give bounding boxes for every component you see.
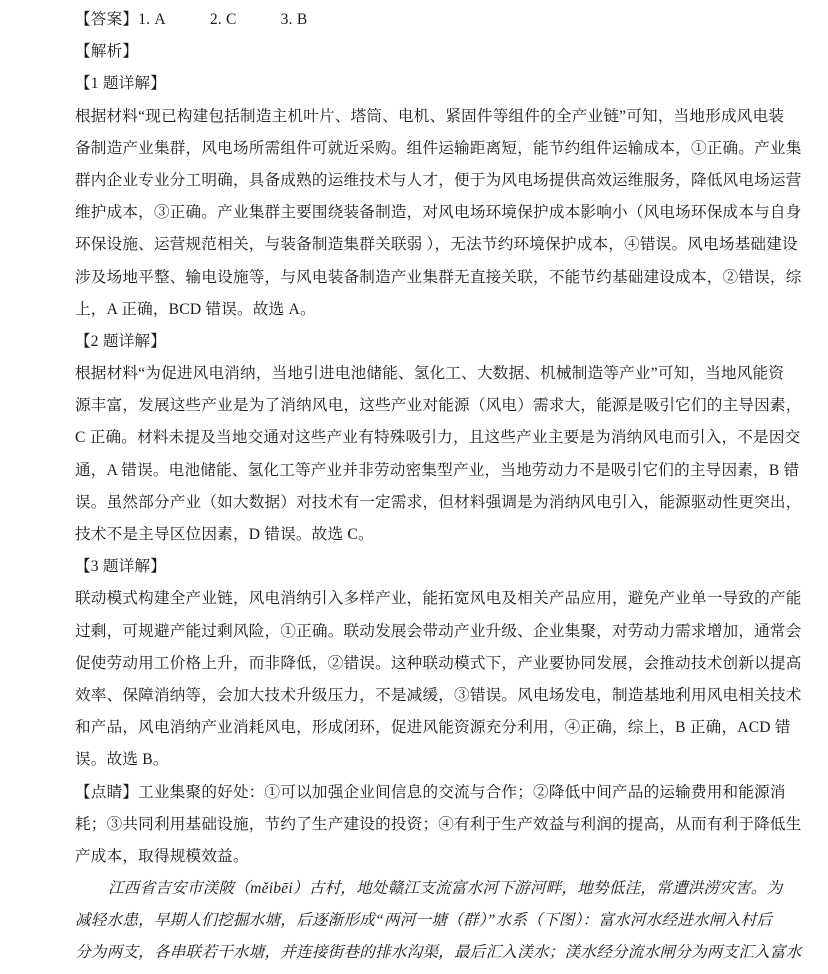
material-paragraph-line: 分为两支，各串联若干水塘，并连接街巷的排水沟渠，最后汇入渼水；渼水经分流水闸分为…: [75, 937, 812, 969]
section-heading: 【解析】: [75, 36, 812, 68]
answer-item-3: 3. B: [281, 11, 308, 28]
detail-1-paragraph-line: 维护成本，③正确。产业集群主要围绕装备制造，对风电场环境保护成本影响小（风电场环…: [75, 197, 812, 229]
tips-paragraph-line: 产成本，取得规模效益。: [75, 841, 812, 873]
material-paragraph-line: 减轻水患，早期人们挖掘水塘，后逐渐形成“两河一塘（群）”水系（下图）：富水河水经…: [75, 905, 812, 937]
document-body: 【答案】1. A2. C3. B 【解析】【1 题详解】根据材料“现已构建包括制…: [75, 4, 812, 970]
detail-3-paragraph-line: 和产品，风电消纳产业消耗风电，形成闭环，促进风能资源充分利用，④正确，综上，B …: [75, 712, 812, 744]
detail-2-paragraph-line: 误。虽然部分产业（如大数据）对技术有一定需求，但材料强调是为消纳风电引入，能源驱…: [75, 487, 812, 519]
detail-3-paragraph-line: 联动模式构建全产业链，风电消纳引入多样产业，能拓宽风电及相关产品应用，避免产业单…: [75, 583, 812, 615]
section-heading: 【2 题详解】: [75, 326, 812, 358]
detail-2-paragraph-line: 根据材料“为促进风电消纳，当地引进电池储能、氢化工、大数据、机械制造等产业”可知…: [75, 358, 812, 390]
tips-paragraph-line: 【点睛】工业集聚的好处：①可以加强企业间信息的交流与合作；②降低中间产品的运输费…: [75, 777, 812, 809]
detail-1-paragraph-line: 涉及场地平整、输电设施等，与风电装备制造产业集群无直接关联，不能节约基础建设成本…: [75, 262, 812, 294]
section-heading: 【3 题详解】: [75, 551, 812, 583]
detail-2-paragraph-line: C 正确。材料未提及当地交通对这些产业有特殊吸引力，且这些产业主要是为消纳风电而…: [75, 422, 812, 454]
tips-paragraph-line: 耗；③共同利用基础设施，节约了生产建设的投资；④有利于生产效益与利润的提高，从而…: [75, 809, 812, 841]
detail-3-paragraph-line: 过剩，可规避产能过剩风险，①正确。联动发展会带动产业升级、企业集聚，对劳动力需求…: [75, 616, 812, 648]
document-page: 【答案】1. A2. C3. B 【解析】【1 题详解】根据材料“现已构建包括制…: [0, 0, 828, 974]
detail-3-paragraph-line: 误。故选 B。: [75, 744, 812, 776]
answer-line: 【答案】1. A2. C3. B: [75, 4, 812, 36]
answer-label: 【答案】: [75, 11, 138, 28]
detail-3-paragraph-line: 效率、保障消纳等，会加大技术升级压力，不是减缓，③错误。风电场发电，制造基地利用…: [75, 680, 812, 712]
detail-1-paragraph-line: 备制造产业集群，风电场所需组件可就近采购。组件运输距离短，能节约组件运输成本，①…: [75, 133, 812, 165]
answer-item-2: 2. C: [210, 11, 237, 28]
detail-1-paragraph-line: 上，A 正确，BCD 错误。故选 A。: [75, 294, 812, 326]
material-paragraph-line: 江西省吉安市渼陂（měibēi）古村，地处赣江支流富水河下游河畔，地势低洼，常遭…: [75, 873, 812, 905]
detail-2-paragraph-line: 源丰富，发展这些产业是为了消纳风电，这些产业对能源（风电）需求大，能源是吸引它们…: [75, 390, 812, 422]
detail-3-paragraph-line: 促使劳动用工价格上升，而非降低，②错误。这种联动模式下，产业要协同发展，会推动技…: [75, 648, 812, 680]
detail-1-paragraph-line: 环保设施、运营规范相关，与装备制造集群关联弱 ），无法节约环境保护成本，④错误。…: [75, 229, 812, 261]
detail-2-paragraph-line: 通，A 错误。电池储能、氢化工等产业并非劳动密集型产业，当地劳动力不是吸引它们的…: [75, 455, 812, 487]
detail-1-paragraph-line: 根据材料“现已构建包括制造主机叶片、塔筒、电机、紧固件等组件的全产业链”可知，当…: [75, 101, 812, 133]
section-heading: 【1 题详解】: [75, 68, 812, 100]
answer-item-1: 1. A: [138, 11, 166, 28]
detail-2-paragraph-line: 技术不是主导区位因素，D 错误。故选 C。: [75, 519, 812, 551]
detail-1-paragraph-line: 群内企业专业分工明确，具备成熟的运维技术与人才，便于为风电场提供高效运维服务，降…: [75, 165, 812, 197]
